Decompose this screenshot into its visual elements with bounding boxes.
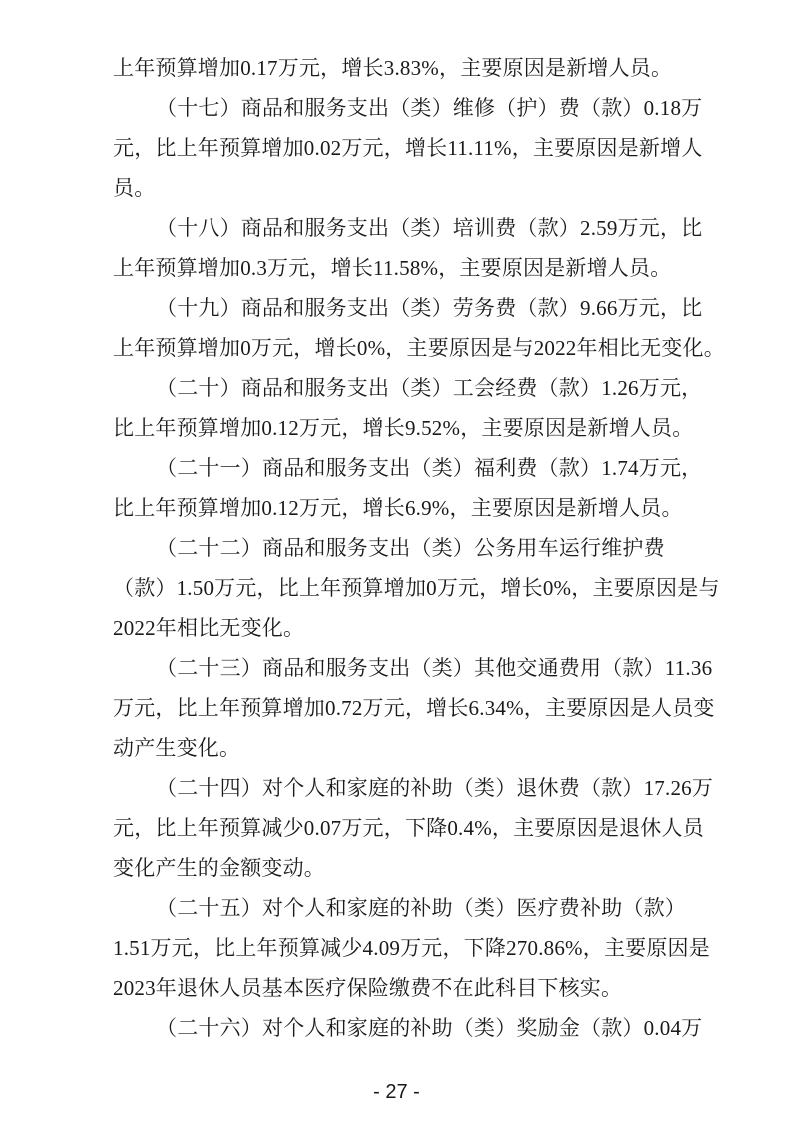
text-line: 元，比上年预算增加0.02万元，增长11.11%，主要原因是新增人	[113, 128, 690, 168]
text-line: 变化产生的金额变动。	[113, 848, 690, 888]
text-line: 2023年退休人员基本医疗保险缴费不在此科目下核实。	[113, 968, 690, 1008]
text-line: 动产生变化。	[113, 728, 690, 768]
text-line: （十八）商品和服务支出（类）培训费（款）2.59万元，比	[113, 208, 690, 248]
text-line: 上年预算增加0.17万元，增长3.83%，主要原因是新增人员。	[113, 48, 690, 88]
text-line: （二十）商品和服务支出（类）工会经费（款）1.26万元，	[113, 368, 690, 408]
text-line: 上年预算增加0万元，增长0%，主要原因是与2022年相比无变化。	[113, 328, 690, 368]
text-line: （二十六）对个人和家庭的补助（类）奖励金（款）0.04万	[113, 1008, 690, 1048]
document-page: 上年预算增加0.17万元，增长3.83%，主要原因是新增人员。（十七）商品和服务…	[0, 0, 793, 1122]
text-line: 比上年预算增加0.12万元，增长6.9%，主要原因是新增人员。	[113, 488, 690, 528]
text-line: （二十三）商品和服务支出（类）其他交通费用（款）11.36	[113, 648, 690, 688]
text-line: 万元，比上年预算增加0.72万元，增长6.34%，主要原因是人员变	[113, 688, 690, 728]
text-line: （款）1.50万元，比上年预算增加0万元，增长0%，主要原因是与	[113, 568, 690, 608]
text-line: （二十一）商品和服务支出（类）福利费（款）1.74万元，	[113, 448, 690, 488]
text-line: （十九）商品和服务支出（类）劳务费（款）9.66万元，比	[113, 288, 690, 328]
text-line: （十七）商品和服务支出（类）维修（护）费（款）0.18万	[113, 88, 690, 128]
text-line: 比上年预算增加0.12万元，增长9.52%，主要原因是新增人员。	[113, 408, 690, 448]
text-line: （二十五）对个人和家庭的补助（类）医疗费补助（款）	[113, 888, 690, 928]
page-number: - 27 -	[373, 1081, 420, 1103]
text-line: 1.51万元，比上年预算减少4.09万元，下降270.86%，主要原因是	[113, 928, 690, 968]
page-footer: - 27 -	[0, 1080, 793, 1104]
document-body: 上年预算增加0.17万元，增长3.83%，主要原因是新增人员。（十七）商品和服务…	[113, 48, 690, 1048]
text-line: 元，比上年预算减少0.07万元，下降0.4%，主要原因是退休人员	[113, 808, 690, 848]
text-line: 上年预算增加0.3万元，增长11.58%，主要原因是新增人员。	[113, 248, 690, 288]
text-line: （二十二）商品和服务支出（类）公务用车运行维护费	[113, 528, 690, 568]
text-line: 员。	[113, 168, 690, 208]
text-line: 2022年相比无变化。	[113, 608, 690, 648]
text-line: （二十四）对个人和家庭的补助（类）退休费（款）17.26万	[113, 768, 690, 808]
